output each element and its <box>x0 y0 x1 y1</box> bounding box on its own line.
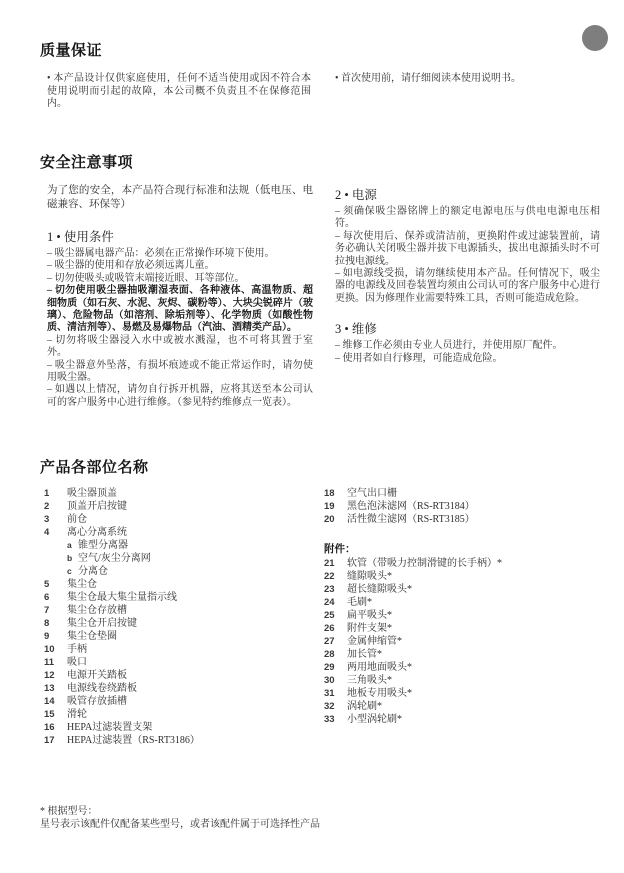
part-row: 19 黑色泡沫滤网（RS-RT3184） <box>324 500 602 513</box>
part-number: 2 <box>44 500 67 513</box>
part-number: 13 <box>44 682 67 695</box>
part-label: 吸管存放插槽 <box>67 695 127 708</box>
part-row: 13 电源线卷绕踏板 <box>44 682 322 695</box>
part-label: 集尘仓存放槽 <box>67 604 127 617</box>
accessory-number: 24 <box>324 596 347 609</box>
parts-section-title: 产品各部位名称 <box>40 456 149 477</box>
parts-right-list: 18 空气出口栅 19 黑色泡沫滤网（RS-RT3184） 20 活性微尘滤网（… <box>324 487 602 526</box>
manual-page: 质量保证 • 本产品设计仅供家庭使用，任何不适当使用或因不符合本使用说明而引起的… <box>0 0 624 873</box>
part-number: b <box>67 552 78 565</box>
part-label: 手柄 <box>67 643 87 656</box>
part-label: HEPA过滤装置（RS-RT3186） <box>67 734 200 747</box>
safety-right-column: 2 • 电源 – 须确保吸尘器铭牌上的额定电源电压与供电电源电压相符。 – 每次… <box>335 184 600 409</box>
safety-list-item: – 每次使用后、保养或清洁前，更换附件或过滤装置前，请务必确认关闭吸尘器并拔下电… <box>335 231 600 268</box>
footnote: * 根据型号： 星号表示该配件仅配备某些型号，或者该配件属于可选择性产品 <box>40 805 320 831</box>
part-row: 12 电源开关踏板 <box>44 669 322 682</box>
accessory-label: 三角吸头* <box>347 674 392 687</box>
accessory-label: 扁平吸头* <box>347 609 392 622</box>
safety-list-item: – 吸尘器属电器产品：必须在正常操作环境下使用。 <box>47 248 313 260</box>
part-number: 10 <box>44 643 67 656</box>
part-label: HEPA过滤装置支架 <box>67 721 152 734</box>
quality-note: • 本产品设计仅供家庭使用，任何不适当使用或因不符合本使用说明而引起的故障，本公… <box>47 73 311 111</box>
safety-list-item: – 如电源线受损，请勿继续使用本产品。任何情况下，吸尘器的电源线及回卷装置均须由… <box>335 268 600 305</box>
power-heading: 2 • 电源 <box>335 185 600 203</box>
part-row: 6 集尘仓最大集尘量指示线 <box>44 591 322 604</box>
quality-right-column: • 首次使用前，请仔细阅读本使用说明书。 <box>335 73 600 111</box>
safety-list-item: – 切勿使吸头或吸管末端接近眼、耳等部位。 <box>47 273 313 285</box>
part-row: c 分离仓 <box>44 565 322 578</box>
accessory-row: 27 金属伸缩管* <box>324 635 602 648</box>
accessory-number: 33 <box>324 713 347 726</box>
part-label: 分离仓 <box>78 565 108 578</box>
accessory-label: 超长缝隙吸头* <box>347 583 412 596</box>
safety-list-item: – 使用者如自行修理，可能造成危险。 <box>335 353 600 365</box>
part-label: 离心分离系统 <box>67 526 127 539</box>
parts-right-column: 18 空气出口栅 19 黑色泡沫滤网（RS-RT3184） 20 活性微尘滤网（… <box>324 487 602 747</box>
part-label: 滑轮 <box>67 708 87 721</box>
accessory-label: 缝隙吸头* <box>347 570 392 583</box>
accessory-number: 32 <box>324 700 347 713</box>
usage-conditions-list: – 吸尘器属电器产品：必须在正常操作环境下使用。 – 吸尘器的使用和存放必须远离… <box>47 248 313 409</box>
part-row: 18 空气出口栅 <box>324 487 602 500</box>
part-label: 前仓 <box>67 513 87 526</box>
part-row: b 空气/灰尘分离网 <box>44 552 322 565</box>
corner-circle <box>582 25 608 51</box>
safety-intro: 为了您的安全，本产品符合现行标准和法规（低电压、电磁兼容、环保等） <box>47 184 313 212</box>
part-number: 1 <box>44 487 67 500</box>
part-row: 14 吸管存放插槽 <box>44 695 322 708</box>
part-number: 12 <box>44 669 67 682</box>
safety-list-item: – 切勿使用吸尘器抽吸潮湿表面、各种液体、高温物质、超细物质（如石灰、水泥、灰烬… <box>47 285 313 335</box>
maintenance-list: – 维修工作必须由专业人员进行，并使用原厂配件。 – 使用者如自行修理，可能造成… <box>335 340 600 365</box>
part-row: 7 集尘仓存放槽 <box>44 604 322 617</box>
part-label: 锥型分离器 <box>78 539 128 552</box>
accessory-row: 22 缝隙吸头* <box>324 570 602 583</box>
quality-section: • 本产品设计仅供家庭使用，任何不适当使用或因不符合本使用说明而引起的故障，本公… <box>47 73 600 111</box>
accessory-row: 33 小型涡轮刷* <box>324 713 602 726</box>
part-label: 顶盖开启按键 <box>67 500 127 513</box>
accessory-row: 21 软管（带吸力控制滑键的长手柄）* <box>324 557 602 570</box>
accessory-label: 毛刷* <box>347 596 372 609</box>
part-number: c <box>67 565 78 578</box>
part-row: 15 滑轮 <box>44 708 322 721</box>
part-row: a 锥型分离器 <box>44 539 322 552</box>
accessory-number: 22 <box>324 570 347 583</box>
accessory-label: 小型涡轮刷* <box>347 713 402 726</box>
accessory-number: 28 <box>324 648 347 661</box>
accessories-list: 21 软管（带吸力控制滑键的长手柄）* 22 缝隙吸头* 23 超长缝隙吸头* <box>324 557 602 726</box>
safety-list-item: – 维修工作必须由专业人员进行，并使用原厂配件。 <box>335 340 600 352</box>
footnote-line1: * 根据型号： <box>40 805 320 818</box>
accessory-label: 附件支架* <box>347 622 392 635</box>
accessory-row: 28 加长管* <box>324 648 602 661</box>
part-number: 15 <box>44 708 67 721</box>
accessories-heading: 附件： <box>324 541 602 556</box>
accessory-label: 地板专用吸头* <box>347 687 412 700</box>
part-label: 吸口 <box>67 656 87 669</box>
part-number: 18 <box>324 487 347 500</box>
maintenance-heading: 3 • 维修 <box>335 319 600 337</box>
accessory-row: 29 两用地面吸头* <box>324 661 602 674</box>
part-row: 9 集尘仓垫圈 <box>44 630 322 643</box>
accessory-number: 25 <box>324 609 347 622</box>
safety-list-item: – 吸尘器的使用和存放必须远离儿童。 <box>47 260 313 272</box>
accessory-row: 24 毛刷* <box>324 596 602 609</box>
part-number: 17 <box>44 734 67 747</box>
usage-conditions-heading: 1 • 使用条件 <box>47 227 313 245</box>
part-row: 8 集尘仓开启按键 <box>44 617 322 630</box>
safety-section: 为了您的安全，本产品符合现行标准和法规（低电压、电磁兼容、环保等） 1 • 使用… <box>47 184 600 409</box>
part-number: a <box>67 539 78 552</box>
accessory-row: 23 超长缝隙吸头* <box>324 583 602 596</box>
part-number: 16 <box>44 721 67 734</box>
accessory-row: 25 扁平吸头* <box>324 609 602 622</box>
parts-section: 1 吸尘器顶盖 2 顶盖开启按键 3 前仓 4 离心分离系统 <box>44 487 604 747</box>
part-row: 10 手柄 <box>44 643 322 656</box>
part-row: 1 吸尘器顶盖 <box>44 487 322 500</box>
part-label: 集尘仓 <box>67 578 97 591</box>
safety-list-item: – 吸尘器意外坠落，有损坏痕迹或不能正常运作时，请勿使用吸尘器。 <box>47 360 313 385</box>
accessory-row: 26 附件支架* <box>324 622 602 635</box>
part-number: 11 <box>44 656 67 669</box>
part-label: 集尘仓垫圈 <box>67 630 117 643</box>
power-list: – 须确保吸尘器铭牌上的额定电源电压与供电电源电压相符。 – 每次使用后、保养或… <box>335 206 600 305</box>
part-row: 5 集尘仓 <box>44 578 322 591</box>
safety-list-item: – 如遇以上情况，请勿自行拆开机器，应将其送至本公司认可的客户服务中心进行维修。… <box>47 384 313 409</box>
accessory-label: 金属伸缩管* <box>347 635 402 648</box>
part-number: 5 <box>44 578 67 591</box>
accessory-row: 31 地板专用吸头* <box>324 687 602 700</box>
part-number: 7 <box>44 604 67 617</box>
footnote-line2: 星号表示该配件仅配备某些型号，或者该配件属于可选择性产品 <box>40 818 320 831</box>
accessory-row: 30 三角吸头* <box>324 674 602 687</box>
accessory-label: 加长管* <box>347 648 382 661</box>
safety-list-item: – 须确保吸尘器铭牌上的额定电源电压与供电电源电压相符。 <box>335 206 600 231</box>
safety-section-title: 安全注意事项 <box>40 151 133 172</box>
accessory-label: 两用地面吸头* <box>347 661 412 674</box>
accessory-row: 32 涡轮刷* <box>324 700 602 713</box>
part-label: 吸尘器顶盖 <box>67 487 117 500</box>
part-label: 电源开关踏板 <box>67 669 127 682</box>
accessory-number: 31 <box>324 687 347 700</box>
quality-left-column: • 本产品设计仅供家庭使用，任何不适当使用或因不符合本使用说明而引起的故障，本公… <box>47 73 311 111</box>
parts-left-column: 1 吸尘器顶盖 2 顶盖开启按键 3 前仓 4 离心分离系统 <box>44 487 322 747</box>
part-label: 黑色泡沫滤网（RS-RT3184） <box>347 500 475 513</box>
part-number: 4 <box>44 526 67 539</box>
accessory-number: 27 <box>324 635 347 648</box>
part-label: 空气出口栅 <box>347 487 397 500</box>
safety-list-item: – 切勿将吸尘器浸入水中或被水溅湿，也不可将其置于室外。 <box>47 335 313 360</box>
part-label: 电源线卷绕踏板 <box>67 682 137 695</box>
part-row: 2 顶盖开启按键 <box>44 500 322 513</box>
part-number: 6 <box>44 591 67 604</box>
accessory-number: 30 <box>324 674 347 687</box>
accessory-label: 涡轮刷* <box>347 700 382 713</box>
part-row: 4 离心分离系统 <box>44 526 322 539</box>
part-number: 19 <box>324 500 347 513</box>
part-row: 3 前仓 <box>44 513 322 526</box>
part-row: 17 HEPA过滤装置（RS-RT3186） <box>44 734 322 747</box>
part-label: 活性微尘滤网（RS-RT3185） <box>347 513 475 526</box>
part-number: 8 <box>44 617 67 630</box>
accessory-number: 29 <box>324 661 347 674</box>
part-row: 11 吸口 <box>44 656 322 669</box>
part-label: 空气/灰尘分离网 <box>78 552 151 565</box>
part-number: 3 <box>44 513 67 526</box>
quality-section-title: 质量保证 <box>40 39 102 60</box>
part-label: 集尘仓最大集尘量指示线 <box>67 591 177 604</box>
part-row: 16 HEPA过滤装置支架 <box>44 721 322 734</box>
part-label: 集尘仓开启按键 <box>67 617 137 630</box>
part-number: 20 <box>324 513 347 526</box>
accessory-number: 26 <box>324 622 347 635</box>
part-row: 20 活性微尘滤网（RS-RT3185） <box>324 513 602 526</box>
part-number: 14 <box>44 695 67 708</box>
accessory-number: 23 <box>324 583 347 596</box>
safety-left-column: 为了您的安全，本产品符合现行标准和法规（低电压、电磁兼容、环保等） 1 • 使用… <box>47 184 313 409</box>
quality-note: • 首次使用前，请仔细阅读本使用说明书。 <box>335 73 600 86</box>
part-number: 9 <box>44 630 67 643</box>
accessory-number: 21 <box>324 557 347 570</box>
accessory-label: 软管（带吸力控制滑键的长手柄）* <box>347 557 502 570</box>
